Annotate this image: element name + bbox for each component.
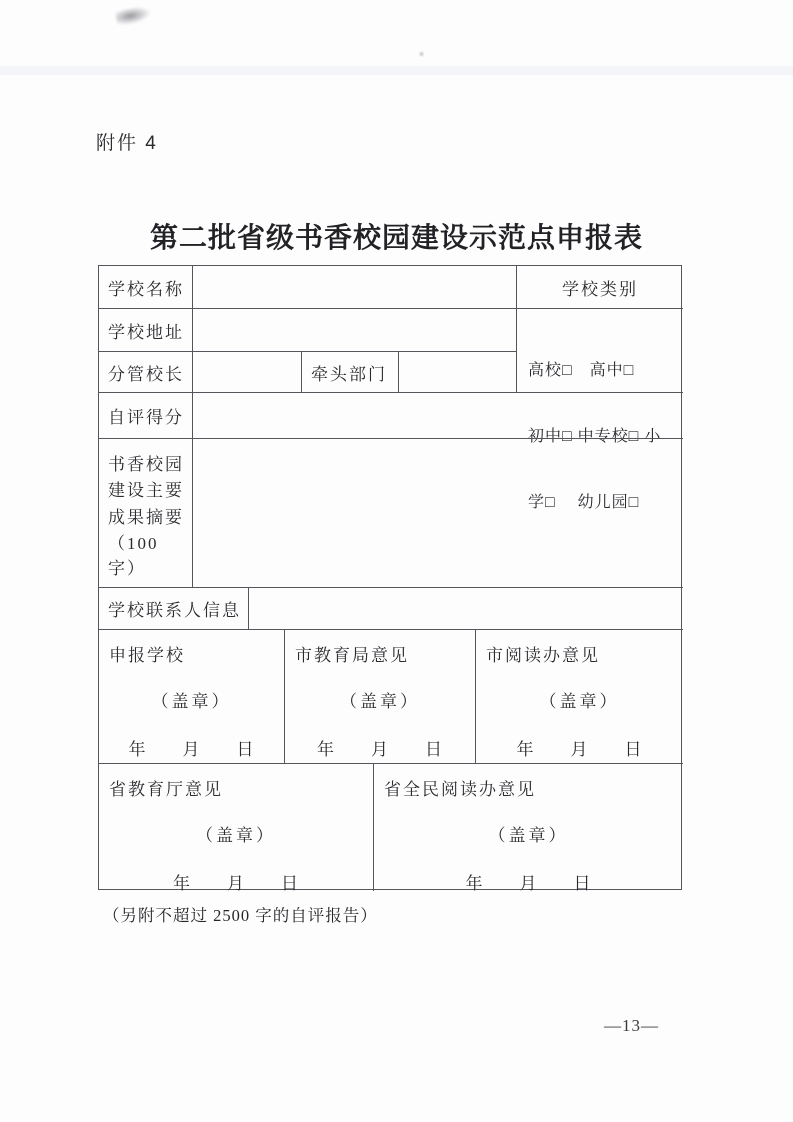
approval-block-provincial-reading-office: 省全民阅读办意见 （盖章） 年 月 日 bbox=[373, 763, 683, 891]
seal-note: （盖章） bbox=[540, 687, 620, 712]
approval-title: 市教育局意见 bbox=[285, 630, 409, 666]
self-score-field bbox=[192, 392, 683, 438]
attachment-label: 附件 4 bbox=[96, 128, 158, 155]
approval-title: 省教育厅意见 bbox=[99, 764, 223, 800]
seal-note: （盖章） bbox=[489, 821, 569, 846]
lead-department-field bbox=[398, 351, 516, 392]
date-line: 年 月 日 bbox=[466, 869, 592, 894]
page-number: —13— bbox=[604, 1016, 659, 1036]
summary-label-line-4: （100 字） bbox=[108, 529, 192, 579]
school-name-label: 学校名称 bbox=[99, 266, 192, 308]
lead-department-label: 牵头部门 bbox=[301, 351, 398, 392]
seal-note: （盖章） bbox=[196, 821, 276, 846]
vice-principal-label: 分管校长 bbox=[99, 351, 192, 392]
summary-field bbox=[192, 438, 683, 587]
scan-smudge-artifact bbox=[115, 5, 153, 27]
self-score-label: 自评得分 bbox=[99, 392, 192, 438]
approval-title: 市阅读办意见 bbox=[476, 630, 600, 666]
date-line: 年 月 日 bbox=[129, 735, 255, 760]
school-category-options: 高校□ 高中□ 初中□ 中专校□ 小 学□ 幼儿园□ bbox=[516, 308, 683, 392]
summary-label: 书香校园 建设主要 成果摘要 （100 字） bbox=[99, 438, 192, 587]
scan-dot-artifact bbox=[418, 51, 425, 57]
seal-note: （盖章） bbox=[152, 687, 232, 712]
school-category-header: 学校类别 bbox=[516, 266, 683, 308]
approval-block-city-reading-office: 市阅读办意见 （盖章） 年 月 日 bbox=[475, 629, 683, 763]
approval-block-applying-school: 申报学校 （盖章） 年 月 日 bbox=[99, 629, 284, 763]
scanned-document-page: 附件 4 第二批省级书香校园建设示范点申报表 学校名称 学校类别 学校地址 高校… bbox=[0, 0, 793, 1122]
school-address-label: 学校地址 bbox=[99, 308, 192, 351]
school-name-field bbox=[192, 266, 516, 308]
scan-band-artifact bbox=[0, 66, 793, 75]
application-table: 学校名称 学校类别 学校地址 高校□ 高中□ 初中□ 中专校□ 小 学□ 幼儿园… bbox=[98, 265, 682, 890]
approval-block-city-education-bureau: 市教育局意见 （盖章） 年 月 日 bbox=[284, 629, 475, 763]
contact-info-label: 学校联系人信息 bbox=[99, 587, 248, 629]
contact-info-field bbox=[248, 587, 683, 629]
school-address-field bbox=[192, 308, 516, 351]
self-report-footnote: （另附不超过 2500 字的自评报告） bbox=[103, 902, 378, 926]
vice-principal-field bbox=[192, 351, 301, 392]
seal-note: （盖章） bbox=[340, 687, 420, 712]
category-options-line-1: 高校□ 高中□ bbox=[528, 360, 683, 382]
summary-label-line-3: 成果摘要 bbox=[108, 503, 192, 528]
approval-title: 省全民阅读办意见 bbox=[374, 764, 536, 800]
date-line: 年 月 日 bbox=[517, 735, 643, 760]
summary-label-line-1: 书香校园 bbox=[108, 450, 192, 475]
date-line: 年 月 日 bbox=[317, 735, 443, 760]
summary-label-line-2: 建设主要 bbox=[108, 476, 192, 501]
date-line: 年 月 日 bbox=[173, 869, 299, 894]
approval-title: 申报学校 bbox=[99, 630, 185, 666]
approval-block-provincial-education-dept: 省教育厅意见 （盖章） 年 月 日 bbox=[99, 763, 373, 891]
form-title: 第二批省级书香校园建设示范点申报表 bbox=[0, 216, 793, 256]
